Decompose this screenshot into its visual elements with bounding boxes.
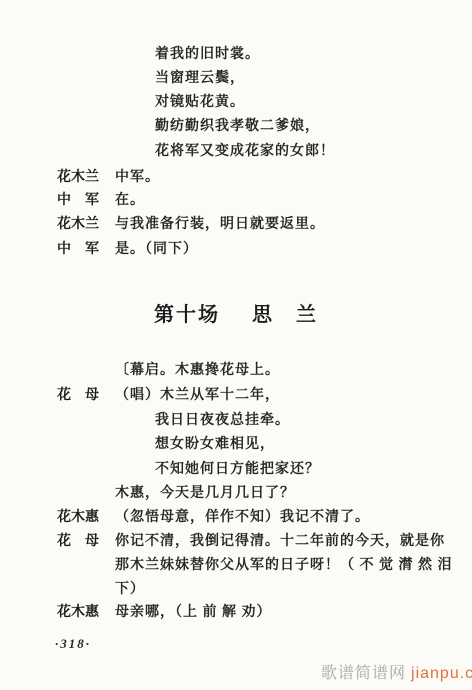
dialog-line: 花木惠（忽悟母意，佯作不知）我记不清了。 xyxy=(57,510,370,525)
verse-line: 当窗理云鬓， xyxy=(155,71,245,86)
speaker-name: 花木兰 xyxy=(57,217,115,232)
speaker-name: 花木惠 xyxy=(57,510,115,525)
dialog-continuation: 那木兰妹妹替你父从军的日子呀！（ 不 觉 潸 然 泪 xyxy=(115,558,453,573)
speaker-name: 花木兰 xyxy=(57,170,115,185)
dialog-text: 在。 xyxy=(115,193,145,208)
stage-direction: 〔幕启。木惠搀花母上。 xyxy=(115,363,280,378)
dialog-line: 花木惠母亲哪，（上 前 解 劝） xyxy=(57,605,272,620)
dialog-line: 花木兰与我准备行装，明日就要返里。 xyxy=(57,217,325,232)
dialog-line: 中 军是。（同下） xyxy=(57,242,198,257)
scene-title-number: 第十场 xyxy=(154,304,220,326)
watermark-site-url: jianpu.cn xyxy=(411,665,472,682)
dialog-text: 是。（同下） xyxy=(115,242,198,257)
dialog-line: 花木兰中军。 xyxy=(57,170,160,185)
scene-title: 第十场思 兰 xyxy=(0,303,472,327)
verse-line: 勤纺勤织我孝敬二爹娘， xyxy=(155,119,320,134)
dialog-text: 与我准备行装，明日就要返里。 xyxy=(115,217,325,232)
verse-line: 想女盼女难相见， xyxy=(155,437,275,452)
speaker-name: 中 军 xyxy=(57,193,115,208)
speaker-name: 中 军 xyxy=(57,242,115,257)
speaker-name: 花木惠 xyxy=(57,605,115,620)
page-number: ·318· xyxy=(55,636,91,652)
dialog-text: 你记不清，我倒记得清。十二年前的今天，就是你 xyxy=(115,534,445,549)
scene-title-name: 思 兰 xyxy=(252,304,318,326)
speaker-name: 花 母 xyxy=(57,534,115,549)
dialog-text: 中军。 xyxy=(115,170,160,185)
dialog-continuation: 木惠，今天是几月几日了？ xyxy=(115,486,295,501)
dialog-text: （唱）木兰从军十二年， xyxy=(115,388,280,403)
speaker-name: 花 母 xyxy=(57,388,115,403)
verse-line: 着我的旧时裳。 xyxy=(155,47,260,62)
watermark-site-name: 歌谱简谱网 xyxy=(321,665,406,682)
dialog-text: 母亲哪，（上 前 解 劝） xyxy=(115,605,272,620)
dialog-line: 中 军在。 xyxy=(57,193,145,208)
verse-line: 不知她何日方能把家还？ xyxy=(155,462,320,477)
watermark: 歌谱简谱网jianpu.cn xyxy=(321,660,472,683)
dialog-line: 花 母你记不清，我倒记得清。十二年前的今天，就是你 xyxy=(57,534,445,549)
verse-line: 花将军又变成花家的女郎！ xyxy=(155,144,335,159)
dialog-continuation: 下） xyxy=(115,582,145,597)
dialog-text: （忽悟母意，佯作不知）我记不清了。 xyxy=(115,510,370,525)
script-page: 着我的旧时裳。 当窗理云鬓， 对镜贴花黄。 勤纺勤织我孝敬二爹娘， 花将军又变成… xyxy=(0,0,472,690)
verse-line: 对镜贴花黄。 xyxy=(155,95,245,110)
verse-line: 我日日夜夜总挂牵。 xyxy=(155,413,290,428)
dialog-line: 花 母（唱）木兰从军十二年， xyxy=(57,388,280,403)
